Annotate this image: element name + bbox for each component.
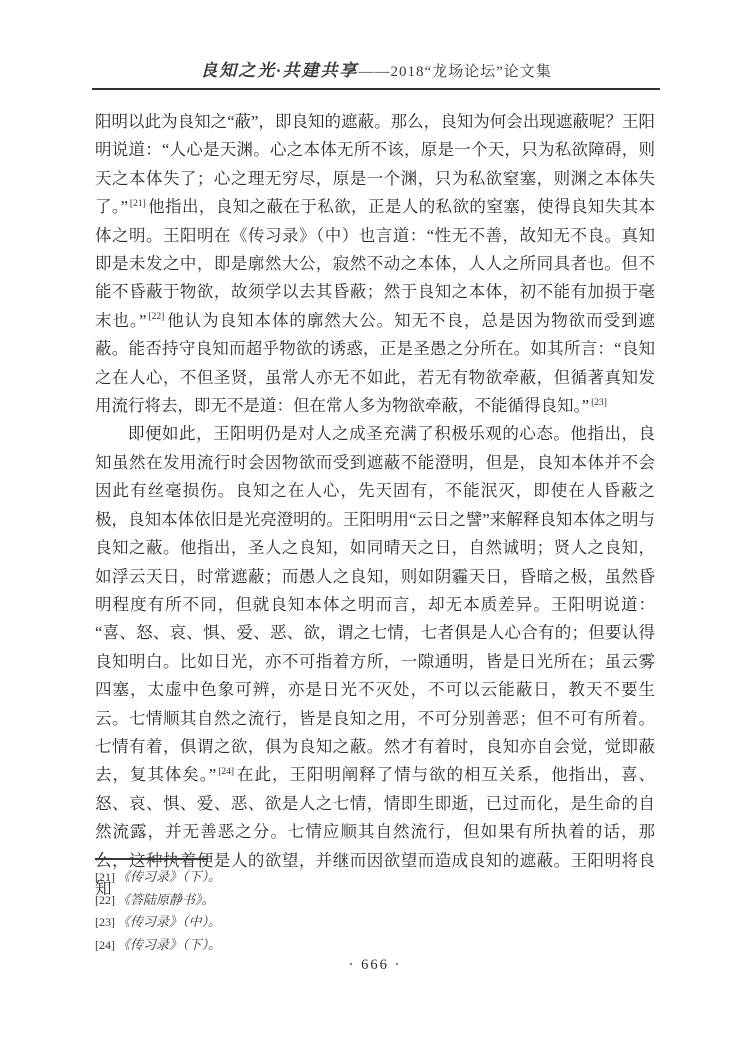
footnote-ref-23: [23]	[591, 398, 607, 408]
running-head: 良知之光·共建共享——2018“龙场论坛”论文集	[92, 56, 660, 90]
footnote-24-text: 《传习录》（下）。	[117, 937, 221, 952]
paragraph-1: 阳明以此为良知之“蔽”，即良知的遮蔽。那么，良知为何会出现遮蔽呢？王阳明说道：“…	[95, 108, 655, 420]
article-body: 阳明以此为良知之“蔽”，即良知的遮蔽。那么，良知为何会出现遮蔽呢？王阳明说道：“…	[95, 108, 655, 903]
footnote-23-text: 《传习录》（中）。	[117, 914, 221, 929]
footnote-22-marker: [22]	[95, 893, 115, 907]
footnote-22: [22]《答陆原静书》。	[95, 889, 655, 912]
paragraph-1-text: 他认为良知本体的廓然大公。知无不良，总是因为物欲而受到遮蔽。能否持守良知而超乎物…	[95, 311, 655, 415]
page-number: · 666 ·	[0, 957, 750, 974]
paragraph-2-text: 即便如此，王阳明仍是对人之成圣充满了积极乐观的心态。他指出，良知虽然在发用流行时…	[95, 424, 655, 784]
footnote-list: [21]《传习录》（下）。 [22]《答陆原静书》。 [23]《传习录》（中）。…	[95, 866, 655, 956]
footnote-21-marker: [21]	[95, 870, 115, 884]
footnote-block: [21]《传习录》（下）。 [22]《答陆原静书》。 [23]《传习录》（中）。…	[95, 858, 655, 956]
footnote-ref-24: [24]	[218, 767, 234, 777]
footnote-21-text: 《传习录》（下）。	[117, 869, 221, 884]
volume-title: ——2018“龙场论坛”论文集	[358, 64, 551, 80]
footnote-ref-21: [21]	[130, 199, 146, 209]
header-rule	[92, 88, 660, 90]
footnote-separator-rule	[95, 858, 208, 860]
paragraph-2: 即便如此，王阳明仍是对人之成圣充满了积极乐观的心态。他指出，良知虽然在发用流行时…	[95, 420, 655, 903]
footnote-24-marker: [24]	[95, 938, 115, 952]
footnote-23: [23]《传习录》（中）。	[95, 911, 655, 934]
footnote-ref-22: [22]	[148, 312, 164, 322]
footnote-21: [21]《传习录》（下）。	[95, 866, 655, 889]
document-page: 良知之光·共建共享——2018“龙场论坛”论文集 阳明以此为良知之“蔽”，即良知…	[0, 0, 750, 1047]
footnote-22-text: 《答陆原静书》。	[117, 892, 215, 907]
series-title-calligraphy: 良知之光·共建共享	[200, 61, 358, 80]
running-head-title: 良知之光·共建共享——2018“龙场论坛”论文集	[92, 56, 660, 81]
footnote-24: [24]《传习录》（下）。	[95, 934, 655, 957]
footnote-23-marker: [23]	[95, 915, 115, 929]
